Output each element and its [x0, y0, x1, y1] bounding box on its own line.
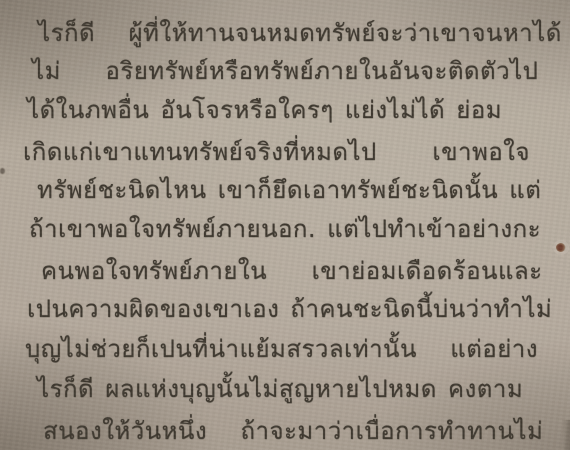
text-line: ไรก็ดี ผลแห่งบุญนั้นไม่สูญหายไปหมด คงตาม: [37, 372, 523, 406]
text-line: ทรัพย์ชะนิดไหน เขาก็ยึดเอาทรัพย์ชะนิดนั้…: [37, 173, 541, 207]
text-line: คนพอใจทรัพย์ภายใน เขาย่อมเดือดร้อนและ: [41, 254, 543, 288]
text-line: ไม่ อริยทรัพย์หรือทรัพย์ภายในอันจะติดตัว…: [32, 54, 538, 88]
page-edge-shadow: [562, 420, 570, 450]
paper-stain-spot: [556, 243, 566, 252]
book-page-photo: การให้เหลือแต่ตนเหมือนฝนแม้น ไรก็ดี ผู้ท…: [0, 0, 570, 450]
text-line: เปนความผิดของเขาเอง ถ้าคนชะนิดนี้บ่นว่าท…: [27, 292, 552, 326]
text-line: บุญไม่ช่วยก็เปนที่น่าแย้มสรวลเท่านั้น แต…: [25, 332, 538, 366]
text-line-clipped-top: การให้เหลือแต่ตนเหมือนฝนแม้น: [78, 0, 395, 8]
text-line: ได้ในภพอื่น อันโจรหรือใครๆ แย่งไม่ได้ ย่…: [27, 93, 502, 127]
text-line: เกิดแก่เขาแทนทรัพย์จริงที่หมดไป เขาพอใจ: [23, 135, 530, 169]
text-line-clipped-bottom: สนองให้วันหนึ่ง ถ้าจะมาว่าเบื่อการทำทานไ…: [43, 414, 543, 448]
text-line: ไรก็ดี ผู้ที่ให้ทานจนหมดทรัพย์จะว่าเขาจน…: [38, 16, 562, 50]
paper-fleck: [0, 168, 5, 174]
text-line: ถ้าเขาพอใจทรัพย์ภายนอก. แต่ไปทำเข้าอย่าง…: [29, 212, 541, 246]
